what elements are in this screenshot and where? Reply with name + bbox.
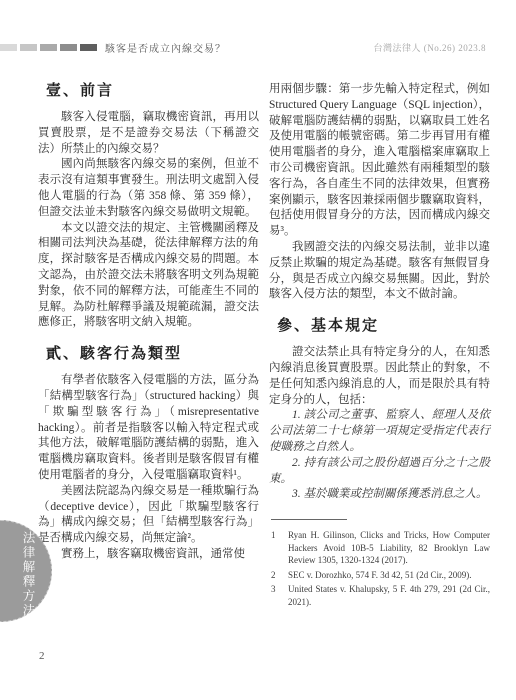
page-number: 2 <box>39 650 45 662</box>
footnote-divider <box>271 519 347 520</box>
paragraph: 證交法禁止具有特定身分的人，在知悉內線消息後買賣股票。因此禁止的對象，不是任何知… <box>269 345 490 408</box>
running-header-left: 駭客是否成立內線交易？ <box>0 40 226 55</box>
list-item: 1. 該公司之董事、監察人、經理人及依公司法第二十七條第一項規定受指定代表行使職… <box>269 408 490 455</box>
footnote-number: 2 <box>269 569 288 582</box>
topic-badge-label: 法律解釋方法 <box>19 531 37 618</box>
paragraph: 駭客入侵電腦，竊取機密資訊，再用以買賣股票，是不是證券交易法（下稱證交法）所禁止… <box>38 110 259 157</box>
gradient-bar-5 <box>80 44 97 51</box>
footnote-number: 3 <box>269 583 288 608</box>
footnote-text: SEC v. Dorozhko, 574 F. 3d 42, 51 (2d Ci… <box>288 569 490 582</box>
footnote: 3 United States v. Khalupsky, 5 F. 4th 2… <box>269 583 490 608</box>
section-heading-3: 參、基本規定 <box>277 317 490 336</box>
footnote-number: 1 <box>269 529 288 567</box>
list-item: 3. 基於職業或控制關係獲悉消息之人。 <box>269 487 490 503</box>
paragraph: 本文以證交法的規定、主管機關函釋及相關司法判決為基礎，從法律解釋方法的角度，探討… <box>38 221 259 332</box>
gradient-bars-icon <box>0 44 100 51</box>
column-left: 壹、前言 駭客入侵電腦，竊取機密資訊，再用以買賣股票，是不是證券交易法（下稱證交… <box>38 82 259 610</box>
gradient-bar-3 <box>40 44 57 51</box>
gradient-bar-2 <box>20 44 37 51</box>
paragraph: 實務上，駭客竊取機密資訊，通常使 <box>38 547 259 563</box>
gradient-bar-4 <box>60 44 77 51</box>
document-page: 駭客是否成立內線交易？ 台灣法律人 (No.26) 2023.8 壹、前言 駭客… <box>0 0 516 700</box>
paragraph-continued: 用兩個步驟：第一步先輸入特定程式，例如 Structured Query Lan… <box>269 82 490 240</box>
paragraph: 有學者依駭客入侵電腦的方法，區分為「結構型駭客行為」（structured ha… <box>38 373 259 484</box>
paragraph: 我國證交法的內線交易法制，並非以違反禁止欺騙的規定為基礎。駭客有無假冒身分，與是… <box>269 240 490 303</box>
gradient-bar-1 <box>0 44 17 51</box>
article-body: 壹、前言 駭客入侵電腦，竊取機密資訊，再用以買賣股票，是不是證券交易法（下稱證交… <box>38 82 490 610</box>
column-right: 用兩個步驟：第一步先輸入特定程式，例如 Structured Query Lan… <box>269 82 490 610</box>
journal-issue-label: 台灣法律人 (No.26) 2023.8 <box>374 41 487 54</box>
running-header: 駭客是否成立內線交易？ 台灣法律人 (No.26) 2023.8 <box>0 40 486 54</box>
section-heading-1: 壹、前言 <box>46 82 259 101</box>
footnote: 2 SEC v. Dorozhko, 574 F. 3d 42, 51 (2d … <box>269 569 490 582</box>
running-title: 駭客是否成立內線交易？ <box>105 40 226 55</box>
footnote: 1 Ryan H. Gilinson, Clicks and Tricks, H… <box>269 529 490 567</box>
paragraph: 國內尚無駭客內線交易的案例，但並不表示沒有這類事實發生。刑法明文處罰入侵他人電腦… <box>38 157 259 220</box>
footnote-text: Ryan H. Gilinson, Clicks and Tricks, How… <box>288 529 490 567</box>
paragraph: 美國法院認為內線交易是一種欺騙行為（deceptive device），因此「欺… <box>38 484 259 547</box>
footnote-text: United States v. Khalupsky, 5 F. 4th 279… <box>288 583 490 608</box>
section-heading-2: 貳、駭客行為類型 <box>46 345 259 364</box>
list-item: 2. 持有該公司之股份超過百分之十之股東。 <box>269 456 490 488</box>
footnotes: 1 Ryan H. Gilinson, Clicks and Tricks, H… <box>269 519 490 608</box>
